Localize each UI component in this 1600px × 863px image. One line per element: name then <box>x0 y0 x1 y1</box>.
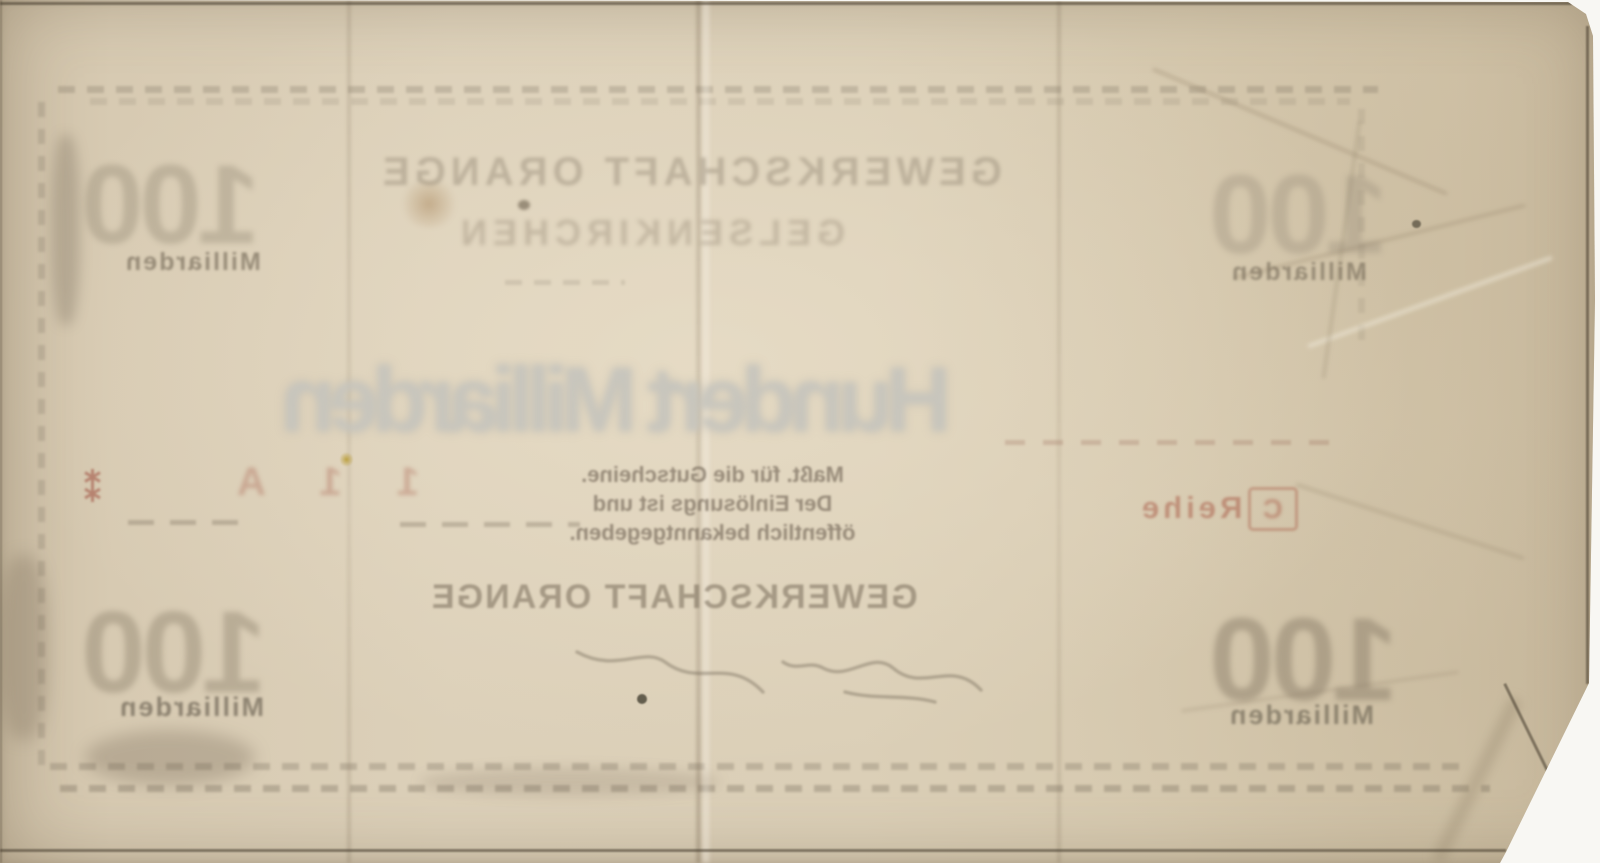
paper-edge-left <box>0 0 2 863</box>
border-bleed-top <box>58 86 1378 93</box>
issuer-name-line2: GELSENKIRCHEN <box>455 212 845 254</box>
serial-underline <box>400 522 580 527</box>
scanner-background: 100 Milliarden 100 Milliarden 100 Millia… <box>0 0 1600 863</box>
edge-smudge <box>52 135 80 325</box>
issuer-name-line1: GEWERKSCHAFT ORANGE <box>378 150 1002 195</box>
border-bleed-top-2 <box>90 98 1350 105</box>
series-letter: C <box>1263 490 1283 528</box>
denomination-unit-top-left: Milliarden <box>124 248 261 277</box>
dark-speck <box>518 200 530 210</box>
denomination-unit-top-right: Milliarden <box>1230 258 1367 287</box>
clause-line: öffentlich bekanntgegeben. <box>545 518 880 547</box>
paper-edge-right <box>1586 26 1589 684</box>
wrinkle-streak <box>1295 483 1524 560</box>
border-bleed-bottom-2 <box>60 785 1490 792</box>
clause-line: Der Einlösungs ist und <box>545 489 880 518</box>
series-letter-box: C <box>1248 487 1298 531</box>
issuer-repeat: GEWERKSCHAFT ORANGE <box>430 578 918 617</box>
paper-edge-bottom <box>0 849 1506 852</box>
paper-edge-cut-corner <box>1503 683 1589 854</box>
bottom-smudge <box>85 730 255 785</box>
serial-number-fragment: 1 1 A <box>215 460 419 505</box>
red-stamp-mark-icon: ⁑ <box>84 470 101 510</box>
serial-underline <box>128 520 238 525</box>
denomination-words: Hundert Milliarden <box>288 348 952 453</box>
edge-smudge <box>0 555 48 740</box>
bottom-smudge <box>420 768 720 796</box>
banknote-reverse: 100 Milliarden 100 Milliarden 100 Millia… <box>0 0 1600 863</box>
paper-edge-top <box>0 2 1572 5</box>
redemption-clause: Maßt. für die Gutscheine. Der Einlösungs… <box>545 460 880 547</box>
series-label: Reihe <box>1138 490 1242 526</box>
dark-speck <box>1412 220 1421 228</box>
fold-crease-right <box>1057 0 1061 863</box>
serial-row-fragment <box>1005 440 1340 445</box>
denomination-unit-bottom-left: Milliarden <box>118 692 264 723</box>
denomination-unit-bottom-right: Milliarden <box>1228 700 1374 731</box>
cut-corner-shadow <box>1431 696 1522 863</box>
clause-line: Maßt. für die Gutscheine. <box>545 460 880 489</box>
signatures <box>565 628 995 713</box>
border-bleed-bottom <box>50 763 1470 770</box>
date-line-fragment <box>505 280 625 285</box>
